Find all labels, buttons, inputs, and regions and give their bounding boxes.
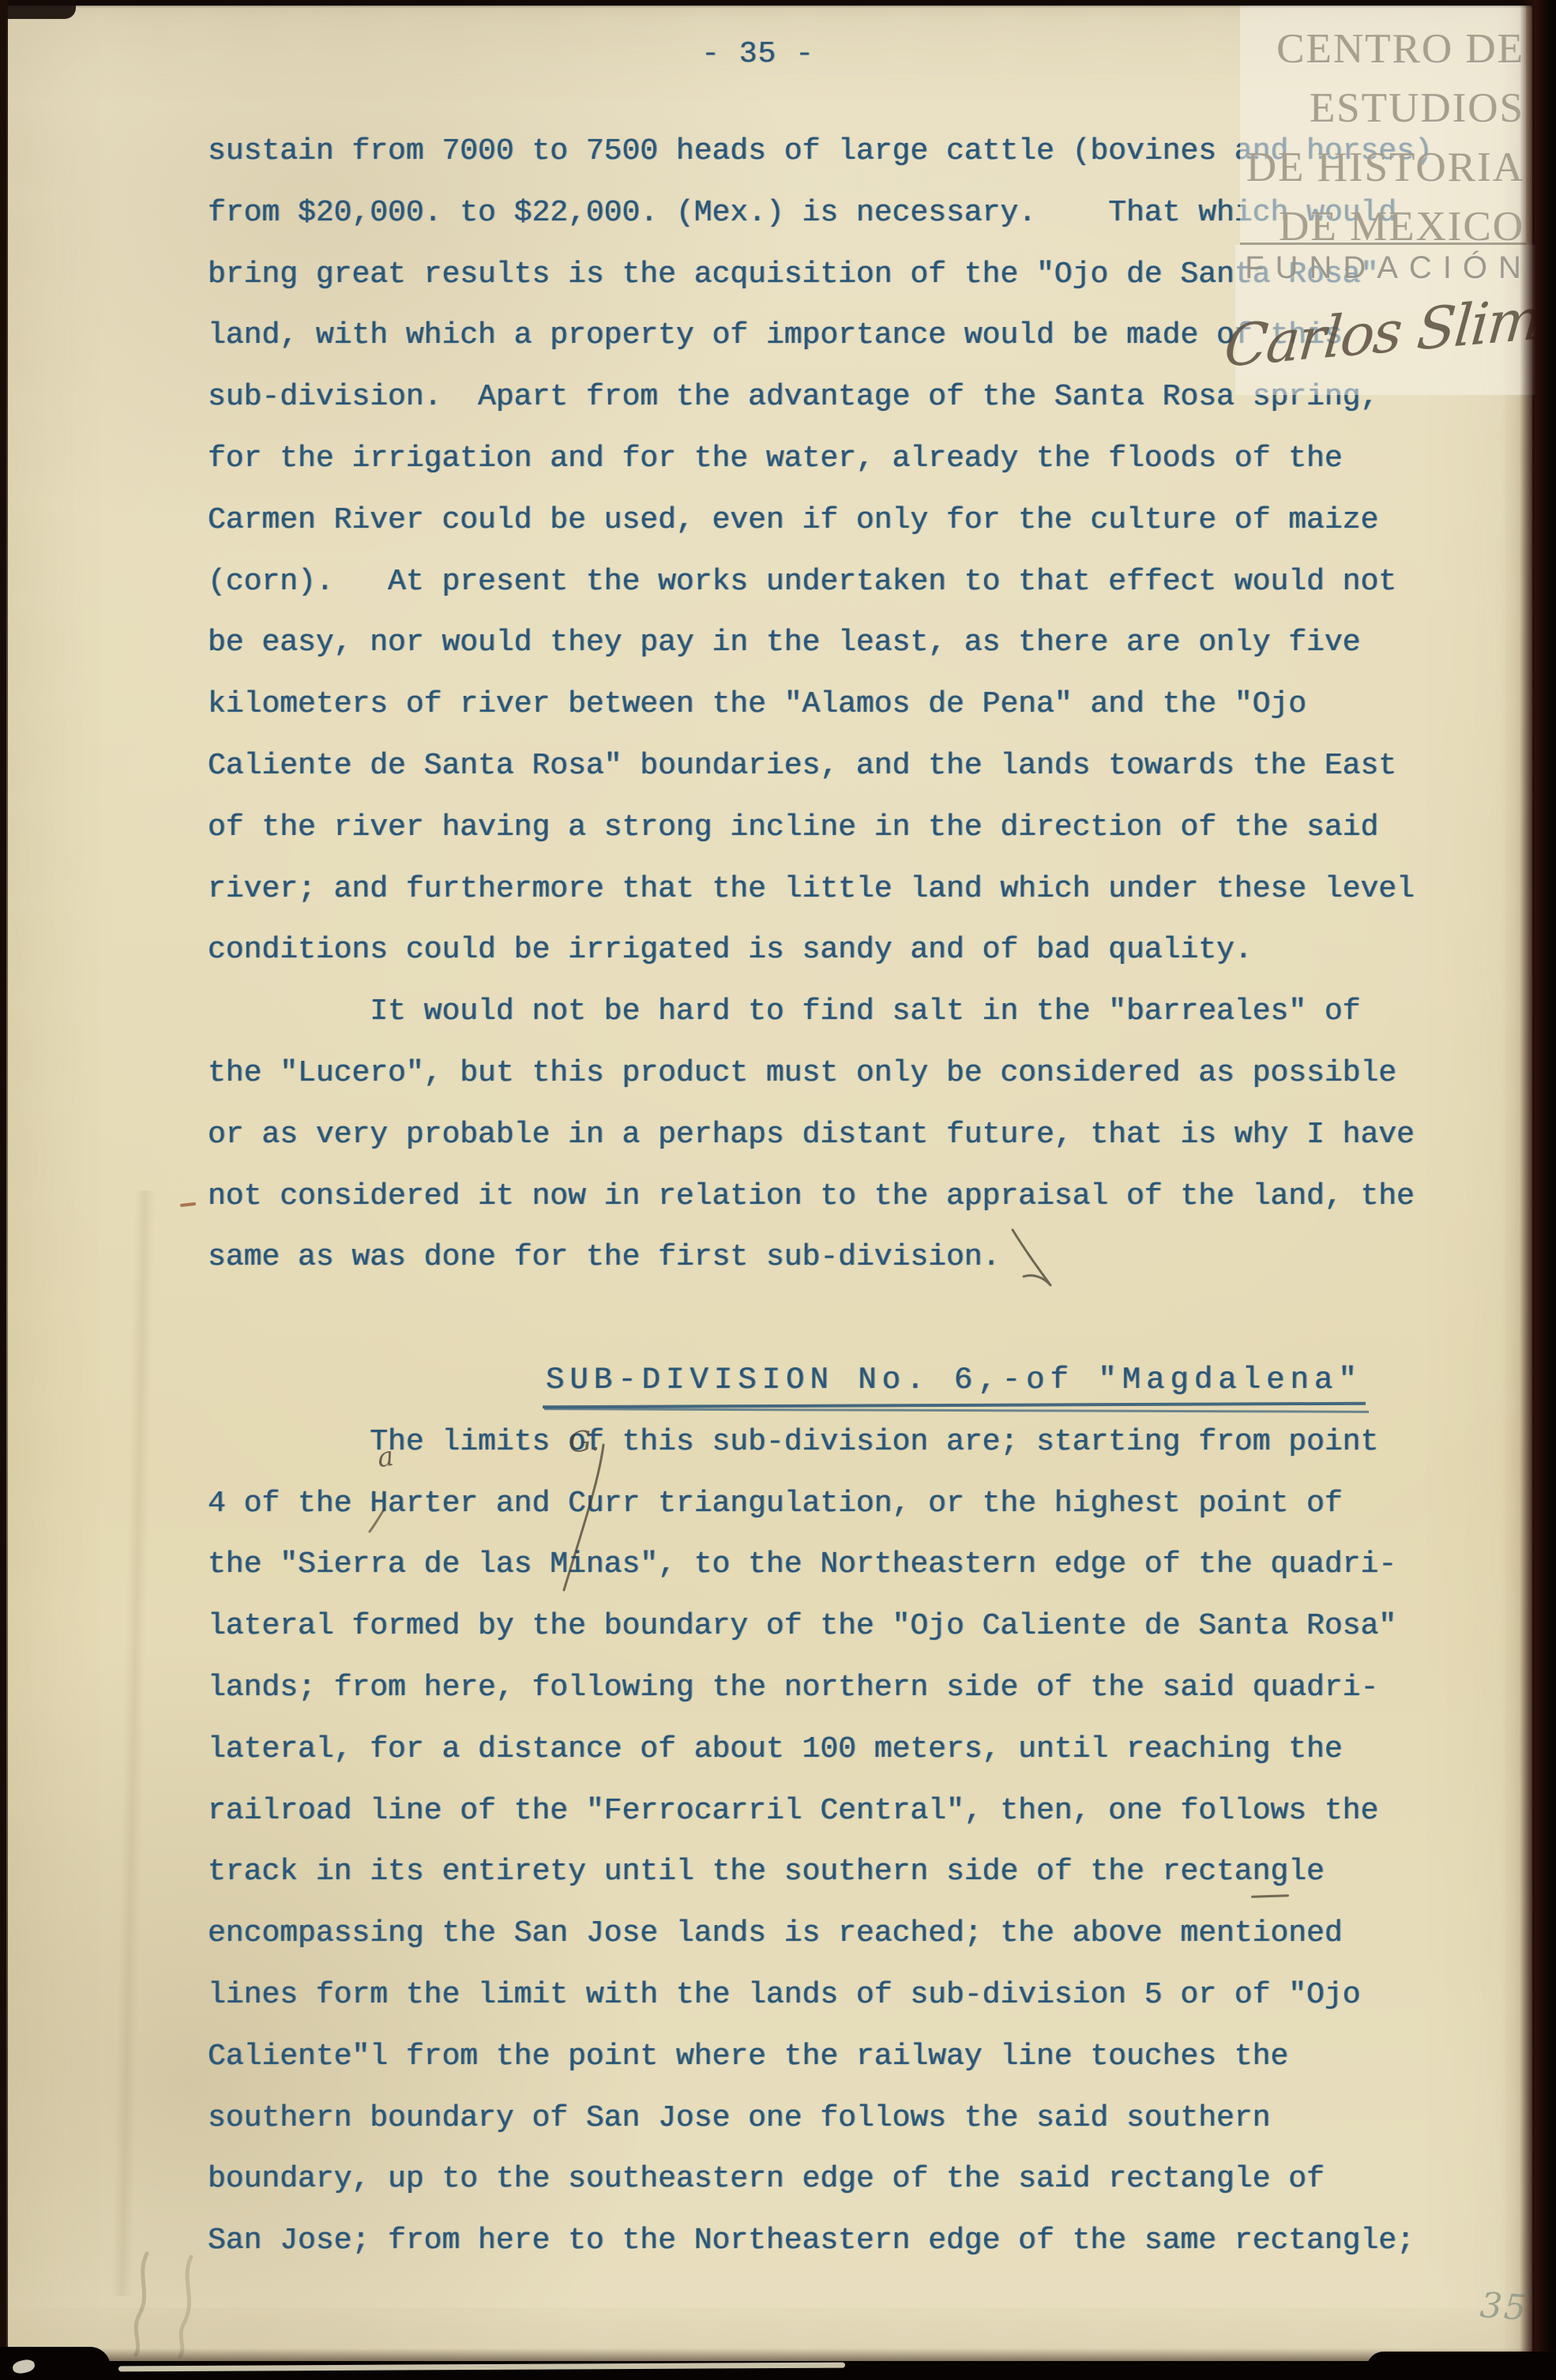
typed-line: track in its entirety until the southern…: [208, 1841, 1503, 1903]
typed-line: for the irrigation and for the water, al…: [208, 428, 1503, 490]
watermark-line: CENTRO DE: [1136, 20, 1524, 79]
paper-crease: [111, 1190, 155, 2296]
watermark-line: DE HISTORIA: [1136, 138, 1524, 197]
typed-line: boundary, up to the southeastern edge of…: [208, 2149, 1503, 2210]
watermark-foundation: FUNDACIÓN: [1240, 250, 1537, 286]
typed-line: 4 of the Harter and Curr triangulation, …: [208, 1473, 1503, 1535]
typed-line: southern boundary of San Jose one follow…: [208, 2088, 1503, 2149]
typed-line: lines form the limit with the lands of s…: [208, 1965, 1503, 2026]
pencil-squiggle: [125, 2249, 299, 2359]
handwritten-tick-mark: [1008, 1228, 1063, 1299]
typed-line: [208, 1288, 1503, 1350]
typed-line: kilometers of river between the "Alamos …: [208, 674, 1503, 735]
typed-line: lateral, for a distance of about 100 met…: [208, 1719, 1503, 1780]
typed-line: the "Lucero", but this product must only…: [208, 1043, 1503, 1104]
photographed-document: - 35 - sustain from 7000 to 7500 heads o…: [0, 0, 1556, 2380]
document-body: sustain from 7000 to 7500 heads of large…: [208, 121, 1503, 2272]
typed-line: railroad line of the "Ferrocarril Centra…: [208, 1780, 1503, 1842]
typed-line: San Jose; from here to the Northeastern …: [208, 2210, 1503, 2272]
photo-edge-top: [0, 0, 1556, 8]
typed-line: the "Sierra de las Minas", to the Northe…: [208, 1534, 1503, 1596]
typed-line: encompassing the San Jose lands is reach…: [208, 1903, 1503, 1965]
handwritten-pen-stroke: [551, 1434, 622, 1600]
watermark-text: CENTRO DE ESTUDIOS DE HISTORIA DE MEXICO: [1136, 20, 1524, 257]
typed-line: river; and furthermore that the little l…: [208, 859, 1503, 920]
photo-edge-left: [0, 0, 8, 2380]
typed-line: Carmen River could be used, even if only…: [208, 490, 1503, 551]
section-heading: SUB-DIVISION No. 6,-of "Magdalena": [546, 1350, 1362, 1412]
typed-line: conditions could be irrigated is sandy a…: [208, 919, 1503, 981]
typed-line: The limits of this sub-division are; sta…: [208, 1412, 1503, 1473]
typed-line: (corn). At present the works undertaken …: [208, 551, 1503, 613]
typed-line: be easy, nor would they pay in the least…: [208, 612, 1503, 674]
typed-line: not considered it now in relation to the…: [208, 1166, 1503, 1228]
typed-line: of the river having a strong incline in …: [208, 797, 1503, 859]
margin-dash-mark: [180, 1202, 196, 1207]
watermark-line: DE MEXICO: [1136, 197, 1524, 257]
photo-corner-top-left: [0, 0, 76, 19]
section-heading-row: SUB-DIVISION No. 6,-of "Magdalena": [208, 1350, 1503, 1412]
document-page: - 35 - sustain from 7000 to 7500 heads o…: [6, 6, 1532, 2365]
paper-bottom-shadow: [0, 2348, 1556, 2361]
typed-line: or as very probable in a perhaps distant…: [208, 1104, 1503, 1166]
page-number-top: - 35 -: [701, 37, 814, 71]
watermark-line: ESTUDIOS: [1136, 79, 1524, 138]
photo-corner-bottom-right: [1366, 2352, 1556, 2380]
typed-line: lands; from here, following the northern…: [208, 1657, 1503, 1719]
typed-line: lateral formed by the boundary of the "O…: [208, 1596, 1503, 1657]
photo-edge-right: [1520, 0, 1556, 2380]
typed-line: Caliente"l from the point where the rail…: [208, 2026, 1503, 2088]
typed-line: Caliente de Santa Rosa" boundaries, and …: [208, 735, 1503, 797]
typed-line: It would not be hard to find salt in the…: [208, 981, 1503, 1043]
typed-line: same as was done for the first sub-divis…: [208, 1227, 1503, 1288]
